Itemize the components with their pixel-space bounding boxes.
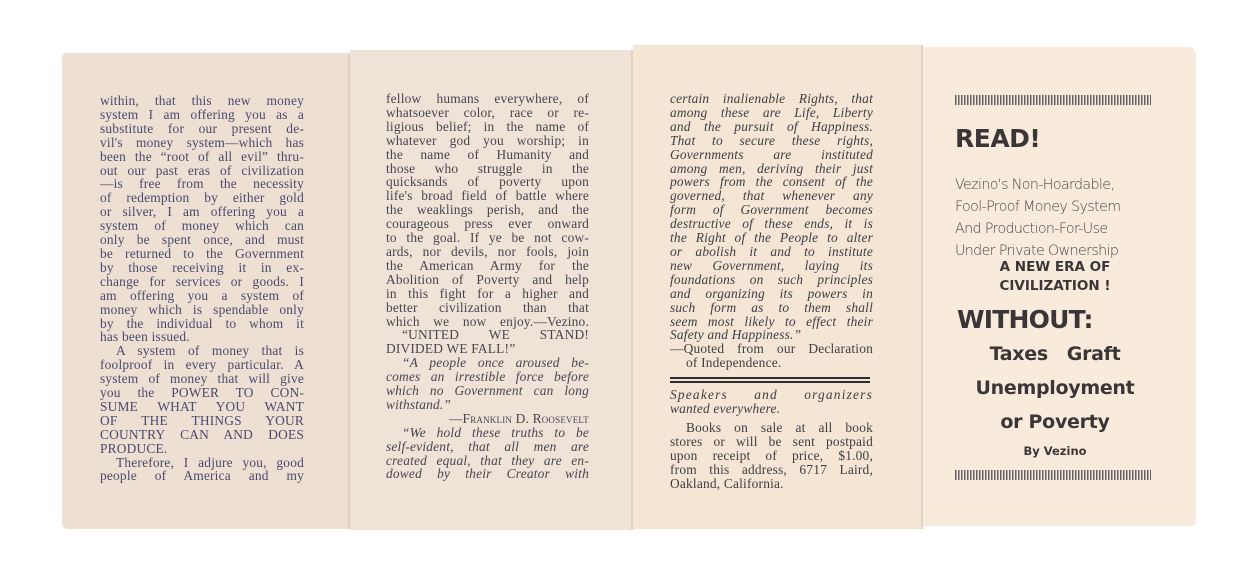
speakers-notice: Speakers and organizers wanted everywher… (670, 388, 873, 416)
quote-line: the Right of the People to alter (670, 231, 873, 245)
text-line: whatsoever color, race or re- (386, 106, 589, 120)
cover-headline: READ! (955, 124, 1040, 153)
quote-line: destructive of these ends, it is (670, 217, 873, 231)
quote-line: and the pursuit of Happiness. (670, 120, 873, 134)
decorative-bar-top (955, 95, 1151, 105)
books-notice: Books on sale at all book stores or will… (670, 421, 873, 491)
text-line: foolproof in every particular. A (100, 358, 304, 372)
quote-line: created equal, that they are en- (386, 454, 589, 468)
text-line: system of money that will give (100, 372, 304, 386)
text-line: the name of Humanity and (386, 148, 589, 162)
text-line: am offering you a system of (100, 289, 304, 303)
books-line: upon receipt of price, $1.00, (670, 449, 873, 463)
text-line: been the “root of all evil” thru- (100, 150, 304, 164)
new-era-heading: A NEW ERA OF CIVILIZATION ! (960, 258, 1150, 296)
text-line: better civilization than that (386, 301, 589, 315)
text-line: in this fight for a higher and (386, 287, 589, 301)
panel-1-text: within, that this new money system I am … (100, 94, 304, 483)
pamphlet: within, that this new money system I am … (0, 0, 1248, 576)
quote-line: withstand.” (386, 398, 589, 412)
text-line: money which is spendable only (100, 303, 304, 317)
quote-line: new Government, laying its (670, 259, 873, 273)
text-line: A system of money that is (100, 344, 304, 358)
text-line: COUNTRY CAN AND DOES (100, 428, 304, 442)
subtitle-line: And Production-For-Use (955, 218, 1155, 240)
without-item: Taxes Graft (955, 343, 1155, 365)
quote-line: “A people once aroused be- (386, 356, 589, 370)
text-line: or silver, I am offering you a (100, 205, 304, 219)
quote-line: dowed by their Creator with (386, 467, 589, 481)
books-line: Books on sale at all book (670, 421, 873, 435)
text-line: the American Army for the (386, 259, 589, 273)
quote-line: That to secure these rights, (670, 134, 873, 148)
without-item: Unemployment (955, 377, 1155, 399)
quote-source: —Quoted from our Declaration (670, 342, 873, 356)
panel-3-text: certain inalienable Rights, that among t… (670, 92, 873, 370)
text-line: the weaklings perish, and the (386, 203, 589, 217)
quote-line: foundations on such principles (670, 273, 873, 287)
quote-line: comes an irrestible force before (386, 370, 589, 384)
quote-line: certain inalienable Rights, that (670, 92, 873, 106)
text-line: of redemption by either gold (100, 191, 304, 205)
text-line: to the goal. If ye be not cow- (386, 231, 589, 245)
slogan-line: “UNITED WE STAND! (386, 328, 589, 342)
quote-line: form of Government becomes (670, 203, 873, 217)
text-line: by those receiving it in ex- (100, 261, 304, 275)
quote-line: seem most likely to effect their (670, 315, 873, 329)
text-line: ards, nor devils, nor fools, join (386, 245, 589, 259)
text-line: Abolition of Poverty and help (386, 273, 589, 287)
text-line: by the individual to whom it (100, 317, 304, 331)
text-line: within, that this new money (100, 94, 304, 108)
quote-line: and organizing its powers in (670, 287, 873, 301)
quote-line: Governments are instituted (670, 148, 873, 162)
cover-subtitle: Vezino's Non-Hoardable, Fool-Proof Money… (955, 174, 1155, 262)
quote-line: Safety and Happiness.” (670, 328, 873, 342)
text-line: courageous press ever onward (386, 217, 589, 231)
text-line: you the POWER TO CON- (100, 386, 304, 400)
books-line: Oakland, California. (670, 477, 873, 491)
quote-line: or abolish it and to institute (670, 245, 873, 259)
text-line: Therefore, I adjure you, good (100, 456, 304, 470)
quote-source: of Independence. (670, 356, 873, 370)
text-line: only be spent once, and must (100, 233, 304, 247)
text-line: be returned to the Government (100, 247, 304, 261)
quote-line: such form as to them shall (670, 301, 873, 315)
quote-attribution: —Franklin D. Roosevelt (386, 412, 589, 426)
text-line: which we now enjoy.—Vezino. (386, 315, 589, 329)
subtitle-line: Fool-Proof Money System (955, 196, 1155, 218)
text-line: OF THE THINGS YOUR (100, 414, 304, 428)
double-rule-top (670, 377, 870, 379)
decorative-bar-bottom (955, 470, 1151, 480)
text-line: vil's money system—which has (100, 136, 304, 150)
quote-line: which no Government can long (386, 384, 589, 398)
double-rule-bottom (670, 381, 870, 383)
text-line: has been issued. (100, 330, 304, 344)
quote-line: among these are Life, Liberty (670, 106, 873, 120)
text-line: fellow humans everywhere, of (386, 92, 589, 106)
era-line: A NEW ERA OF (960, 258, 1150, 277)
subtitle-line: Vezino's Non-Hoardable, (955, 174, 1155, 196)
speakers-line: Speakers and organizers (670, 388, 873, 402)
quote-line: among men, deriving their just (670, 162, 873, 176)
without-item: or Poverty (955, 411, 1155, 433)
text-line: —is free from the necessity (100, 177, 304, 191)
text-line: out our past eras of civilization (100, 164, 304, 178)
quote-line: governed, that whenever any (670, 189, 873, 203)
speakers-line: wanted everywhere. (670, 402, 873, 416)
text-line: system I am offering you as a (100, 108, 304, 122)
quote-line: powers from the consent of the (670, 175, 873, 189)
text-line: system of money which can (100, 219, 304, 233)
text-line: whatever god you worship; in (386, 134, 589, 148)
text-line: those who struggle in the (386, 162, 589, 176)
books-line: stores or will be sent postpaid (670, 435, 873, 449)
panel-2-text: fellow humans everywhere, of whatsoever … (386, 92, 589, 481)
text-line: change for services or goods. I (100, 275, 304, 289)
era-line: CIVILIZATION ! (960, 277, 1150, 296)
text-line: ligious belief; in the name of (386, 120, 589, 134)
byline: By Vezino (955, 444, 1155, 458)
without-heading: WITHOUT: (957, 305, 1093, 334)
text-line: PRODUCE. (100, 442, 304, 456)
books-line: from this address, 6717 Laird, (670, 463, 873, 477)
slogan-line: DIVIDED WE FALL!” (386, 342, 589, 356)
text-line: substitute for our present de- (100, 122, 304, 136)
quote-line: “We hold these truths to be (386, 426, 589, 440)
quote-line: self-evident, that all men are (386, 440, 589, 454)
text-line: people of America and my (100, 469, 304, 483)
text-line: SUME WHAT YOU WANT (100, 400, 304, 414)
text-line: quicksands of poverty upon (386, 175, 589, 189)
text-line: life's broad field of battle where (386, 189, 589, 203)
